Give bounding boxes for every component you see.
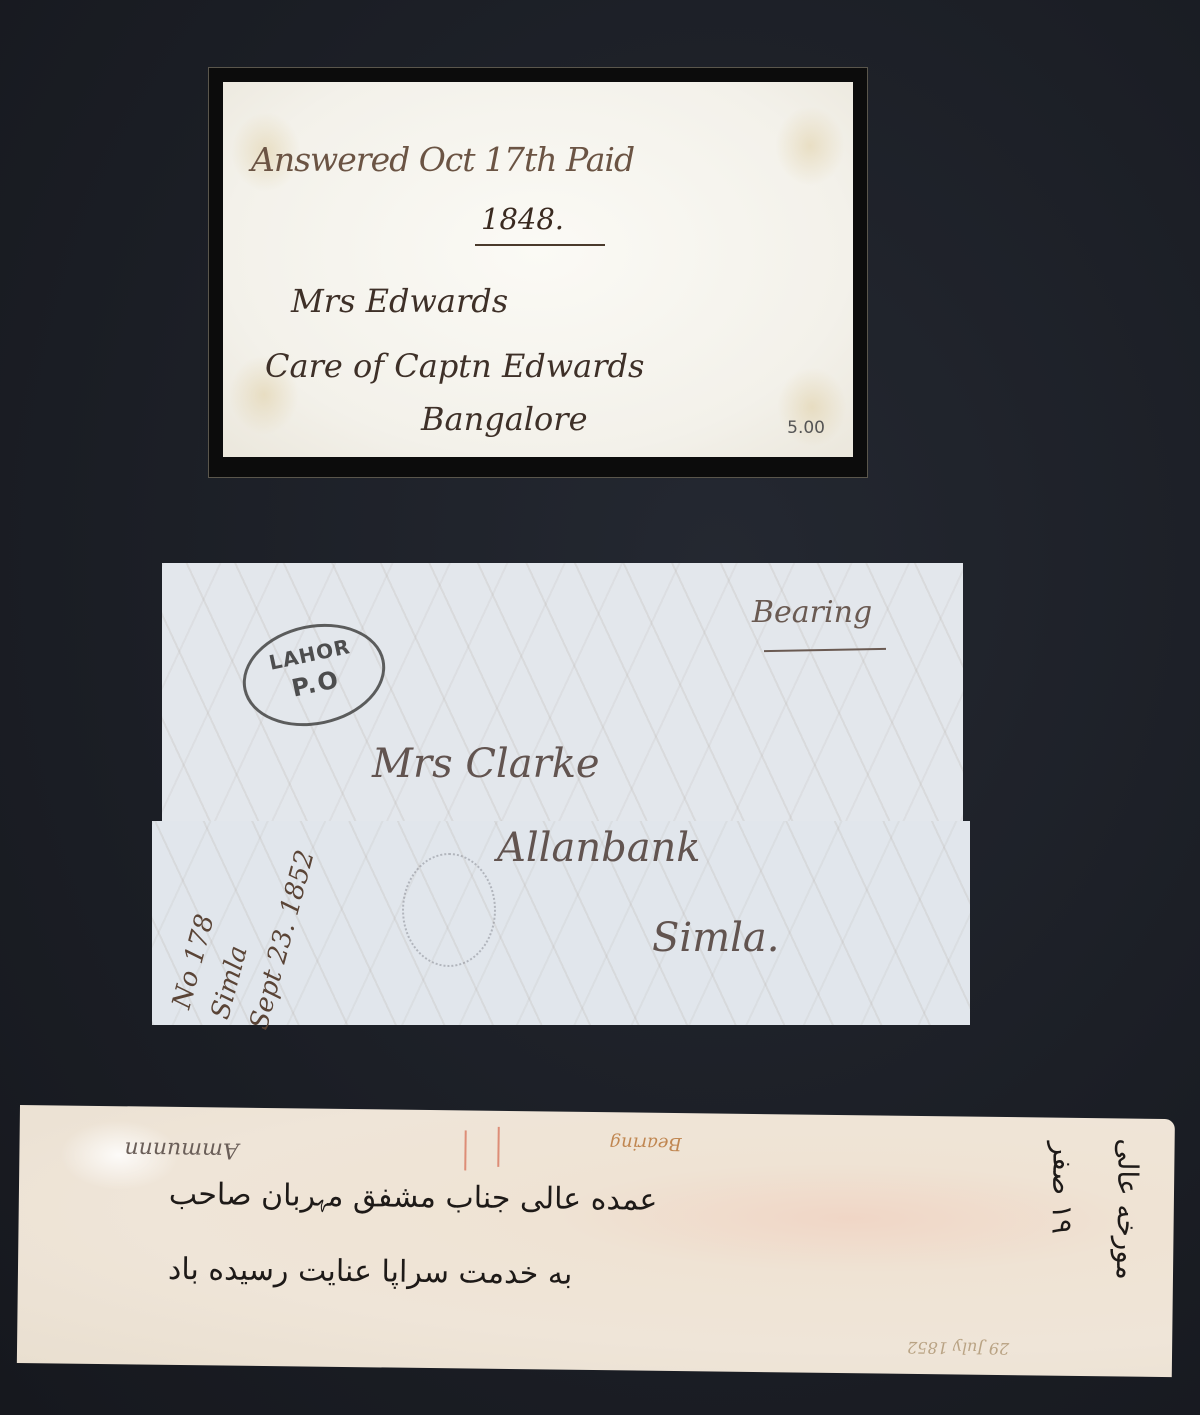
address-line-3: Simla. — [652, 915, 779, 961]
address-line-2: Care of Captn Edwards — [265, 347, 644, 385]
persian-native-cover: Ammunnn Bearing ﻋﻤﺪﻩ ﻋﺎﻟﯽ ﺟﻨﺎﺏ ﻣﺸﻔﻖ ﻣﮩﺮﺑ… — [17, 1105, 1175, 1377]
pencil-price: 5.00 — [787, 418, 825, 438]
orange-ink-note: Bearing — [609, 1132, 681, 1154]
pencil-date-note: 29 July 1852 — [907, 1338, 1009, 1358]
album-page: Answered Oct 17th Paid 1848. Mrs Edwards… — [0, 0, 1200, 1415]
address-line-3: Bangalore — [421, 400, 588, 438]
address-line-2: Allanbank — [497, 825, 701, 871]
underline — [475, 244, 605, 246]
mourning-envelope: Answered Oct 17th Paid 1848. Mrs Edwards… — [208, 67, 868, 478]
address-line-1: Mrs Clarke — [372, 741, 600, 787]
bearing-endorsement: Bearing — [752, 595, 872, 630]
red-mark — [464, 1130, 466, 1170]
persian-line-1: ﻋﻤﺪﻩ ﻋﺎﻟﯽ ﺟﻨﺎﺏ ﻣﺸﻔﻖ ﻣﮩﺮﺑﺎﻥ ﺻﺎﺣﺐ — [169, 1177, 658, 1218]
persian-side-note: ﻣﻮﺭﺧﻪ ﻋﺎﻟﯽ — [1110, 1138, 1145, 1280]
docket-year: 1848. — [481, 202, 564, 236]
address-line-1: Mrs Edwards — [291, 282, 508, 320]
persian-side-date: ۱۹ ﺻﻔﺮ — [1046, 1142, 1080, 1235]
grey-ink-note: Ammunnn — [124, 1136, 239, 1162]
envelope-paper: Answered Oct 17th Paid 1848. Mrs Edwards… — [223, 82, 853, 457]
answered-docket: Answered Oct 17th Paid — [251, 140, 634, 179]
faint-backstamp — [402, 853, 496, 967]
blue-entire-letter: LAHOR P.O Bearing Mrs Clarke Allanbank S… — [152, 563, 970, 1025]
paper-stain — [775, 106, 845, 186]
red-mark — [497, 1127, 499, 1167]
persian-line-2: ﺑﻪ ﺧﺪﻣﺖ ﺳﺮﺍﭘﺎ ﻋﻨﺎﯾﺖ ﺭﺳﯿﺪﻩ ﺑﺎﺩ — [168, 1252, 573, 1292]
